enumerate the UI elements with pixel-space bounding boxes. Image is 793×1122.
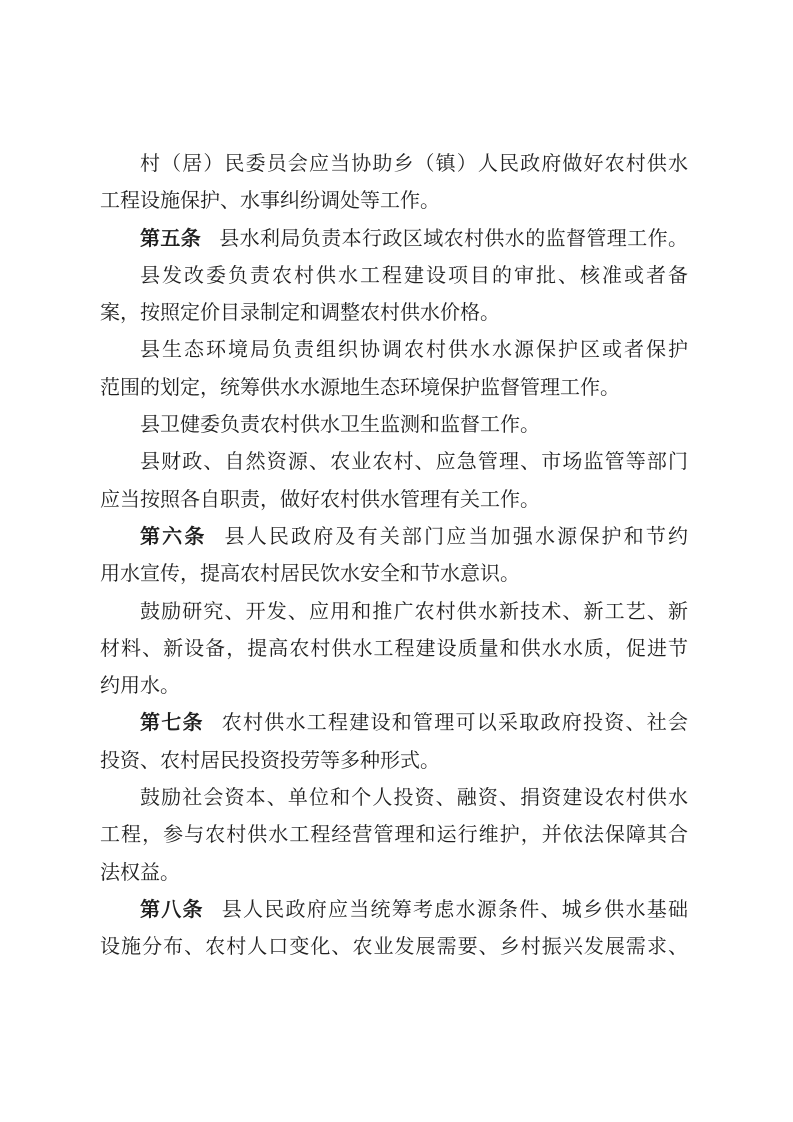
line-text: 鼓励研究、开发、应用和推广农村供水新技术、新工艺、新 bbox=[140, 601, 688, 623]
text-line: 材料、新设备，提高农村供水工程建设质量和供水水质，促进节 bbox=[100, 631, 688, 668]
line-text: 投资、农村居民投资投劳等多种形式。 bbox=[100, 750, 440, 772]
line-text: 县水利局负责本行政区域农村供水的监督管理工作。 bbox=[219, 228, 688, 250]
line-text: 工程，参与农村供水工程经营管理和运行维护，并依法保障其合 bbox=[100, 824, 688, 846]
text-line: 应当按照各自职责，做好农村供水管理有关工作。 bbox=[100, 482, 688, 519]
line-text: 县人民政府应当统筹考虑水源条件、城乡供水基础 bbox=[222, 899, 688, 921]
line-text: 范围的划定，统筹供水水源地生态环境保护监督管理工作。 bbox=[100, 377, 620, 399]
line-text: 材料、新设备，提高农村供水工程建设质量和供水水质，促进节 bbox=[100, 638, 688, 660]
line-text: 农村供水工程建设和管理可以采取政府投资、社会 bbox=[222, 712, 688, 734]
text-line: 约用水。 bbox=[100, 668, 688, 705]
article-heading-line: 第六条县人民政府及有关部门应当加强水源保护和节约 bbox=[100, 519, 688, 556]
article-number: 第五条 bbox=[140, 228, 201, 250]
line-text: 鼓励社会资本、单位和个人投资、融资、捐资建设农村供水 bbox=[140, 787, 688, 809]
text-line: 鼓励社会资本、单位和个人投资、融资、捐资建设农村供水 bbox=[100, 780, 688, 817]
article-number: 第六条 bbox=[140, 526, 207, 548]
text-line: 县财政、自然资源、农业农村、应急管理、市场监管等部门 bbox=[100, 444, 688, 481]
text-line: 用水宣传，提高农村居民饮水安全和节水意识。 bbox=[100, 556, 688, 593]
text-line: 村（居）民委员会应当协助乡（镇）人民政府做好农村供水 bbox=[100, 146, 688, 183]
line-text: 应当按照各自职责，做好农村供水管理有关工作。 bbox=[100, 489, 540, 511]
text-line: 工程，参与农村供水工程经营管理和运行维护，并依法保障其合 bbox=[100, 817, 688, 854]
line-text: 县人民政府及有关部门应当加强水源保护和节约 bbox=[225, 526, 688, 548]
line-text: 设施分布、农村人口变化、农业发展需要、乡村振兴发展需求、 bbox=[100, 936, 688, 958]
text-line: 县生态环境局负责组织协调农村供水水源保护区或者保护 bbox=[100, 332, 688, 369]
line-text: 村（居）民委员会应当协助乡（镇）人民政府做好农村供水 bbox=[140, 153, 688, 175]
document-text-block: 村（居）民委员会应当协助乡（镇）人民政府做好农村供水工程设施保护、水事纠纷调处等… bbox=[100, 146, 688, 967]
line-text: 用水宣传，提高农村居民饮水安全和节水意识。 bbox=[100, 563, 520, 585]
line-text: 法权益。 bbox=[100, 862, 180, 884]
line-text: 县财政、自然资源、农业农村、应急管理、市场监管等部门 bbox=[140, 451, 688, 473]
article-number: 第八条 bbox=[140, 899, 204, 921]
text-line: 投资、农村居民投资投劳等多种形式。 bbox=[100, 743, 688, 780]
document-page: 村（居）民委员会应当协助乡（镇）人民政府做好农村供水工程设施保护、水事纠纷调处等… bbox=[0, 0, 793, 1122]
text-line: 鼓励研究、开发、应用和推广农村供水新技术、新工艺、新 bbox=[100, 594, 688, 631]
line-text: 工程设施保护、水事纠纷调处等工作。 bbox=[100, 190, 440, 212]
line-text: 县生态环境局负责组织协调农村供水水源保护区或者保护 bbox=[140, 339, 688, 361]
text-line: 设施分布、农村人口变化、农业发展需要、乡村振兴发展需求、 bbox=[100, 929, 688, 966]
text-line: 县发改委负责农村供水工程建设项目的审批、核准或者备 bbox=[100, 258, 688, 295]
text-line: 范围的划定，统筹供水水源地生态环境保护监督管理工作。 bbox=[100, 370, 688, 407]
line-text: 县卫健委负责农村供水卫生监测和监督工作。 bbox=[140, 414, 540, 436]
article-number: 第七条 bbox=[140, 712, 204, 734]
text-line: 法权益。 bbox=[100, 855, 688, 892]
line-text: 案，按照定价目录制定和调整农村供水价格。 bbox=[100, 302, 500, 324]
text-line: 案，按照定价目录制定和调整农村供水价格。 bbox=[100, 295, 688, 332]
line-text: 约用水。 bbox=[100, 675, 180, 697]
line-text: 县发改委负责农村供水工程建设项目的审批、核准或者备 bbox=[140, 265, 688, 287]
article-heading-line: 第五条县水利局负责本行政区域农村供水的监督管理工作。 bbox=[100, 221, 688, 258]
text-line: 县卫健委负责农村供水卫生监测和监督工作。 bbox=[100, 407, 688, 444]
article-heading-line: 第八条县人民政府应当统筹考虑水源条件、城乡供水基础 bbox=[100, 892, 688, 929]
text-line: 工程设施保护、水事纠纷调处等工作。 bbox=[100, 183, 688, 220]
article-heading-line: 第七条农村供水工程建设和管理可以采取政府投资、社会 bbox=[100, 705, 688, 742]
